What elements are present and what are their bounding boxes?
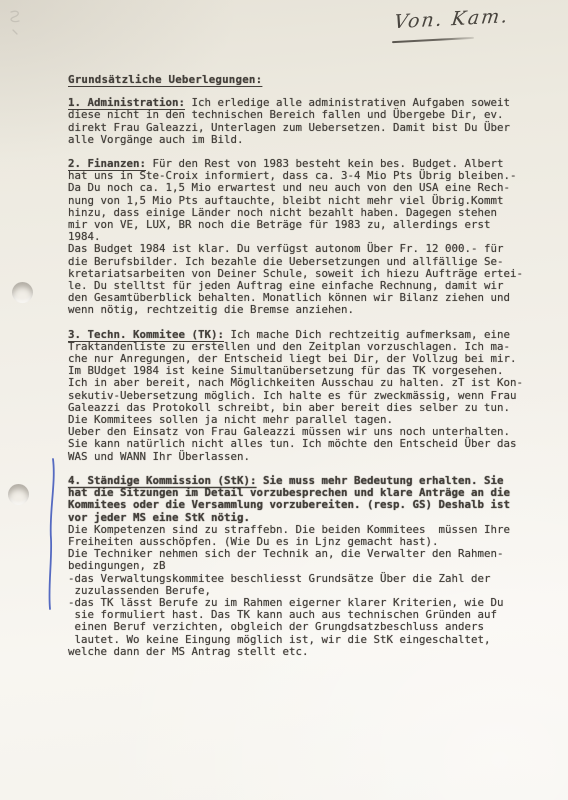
- section-body: hat uns in Ste-Croix informiert, dass ca…: [68, 170, 546, 316]
- text-line: welche dann der MS Antrag stellt etc.: [68, 646, 546, 658]
- text-line: einen Beruf verzichten, obgleich der Gru…: [68, 621, 546, 633]
- document-title: Grundsätzliche Ueberlegungen:: [68, 74, 546, 86]
- section-heading: 3. Techn. Kommitee (TK):: [68, 328, 224, 341]
- section-body: diese nicht in den technischen Bereich f…: [68, 109, 546, 146]
- document-content: Grundsätzliche Ueberlegungen: 1. Adminis…: [68, 74, 546, 670]
- text-line: diese nicht in den technischen Bereich f…: [68, 109, 546, 121]
- handwritten-underline: [392, 37, 474, 43]
- section-heading-rest: Sie muss mehr Bedeutung erhalten. Sie: [257, 474, 504, 487]
- section-body: hat die Sitzungen im Detail vorzubesprec…: [68, 487, 546, 658]
- section-techn-kommitee: 3. Techn. Kommitee (TK): Ich mache Dich …: [68, 329, 546, 463]
- text-line: Ich in aber bereit, nach Möglichkeiten A…: [68, 377, 546, 389]
- text-line: wenn nötig, rechtzeitig die Bremse anzie…: [68, 304, 546, 316]
- text-line: die Berufsbilder. Ich bezahle die Uebers…: [68, 256, 546, 268]
- hole-punch-top: [12, 282, 33, 303]
- text-line: Da Du noch ca. 1,5 Mio erwartest und neu…: [68, 182, 546, 194]
- text-line: alle Vorgänge auch im Bild.: [68, 134, 546, 146]
- handwritten-note: Von. Kam.: [393, 3, 556, 34]
- section-body: Traktandenliste zu erstellen und den Zei…: [68, 341, 546, 463]
- hole-punch-bottom: [8, 484, 29, 505]
- text-line: Das Budget 1984 ist klar. Du verfügst au…: [68, 243, 546, 255]
- section-staendige-kommission: 4. Ständige Kommission (StK): Sie muss m…: [68, 475, 546, 658]
- text-line: Sie kann natürlich nicht alles tun. Ich …: [68, 438, 546, 450]
- margin-pen-line-icon: [44, 455, 60, 613]
- section-administration: 1. Administration: Ich erledige alle adm…: [68, 97, 546, 146]
- section-heading-rest: Ich mache Dich rechtzeitig aufmerksam, e…: [224, 328, 510, 341]
- text-line: direkt Frau Galeazzi, Unterlagen zum Ueb…: [68, 122, 546, 134]
- text-line: lautet. Wo keine Eingung möglich ist, wi…: [68, 634, 546, 646]
- section-finanzen: 2. Finanzen: Für den Rest von 1983 beste…: [68, 158, 546, 317]
- text-line: bedingungen, zB: [68, 560, 546, 572]
- text-line: mir von VE, LUX, BR noch die Beträge für…: [68, 219, 546, 231]
- text-line: WAS und WANN Ihr Überlassen.: [68, 451, 546, 463]
- text-line: vor jeder MS eine StK nötig.: [68, 512, 546, 524]
- text-line: -das Verwaltungskommitee beschliesst Gru…: [68, 573, 546, 585]
- text-line: Kommitees oder die Versammlung vorzubere…: [68, 499, 546, 511]
- section-heading: 4. Ständige Kommission (StK):: [68, 474, 257, 487]
- pencil-scribble-icon: [4, 6, 32, 38]
- text-line: nung von 1,5 Mio Pts auftauchte, bleibt …: [68, 195, 546, 207]
- scanned-document-page: Von. Kam. Grundsätzliche Ueberlegungen: …: [0, 0, 568, 800]
